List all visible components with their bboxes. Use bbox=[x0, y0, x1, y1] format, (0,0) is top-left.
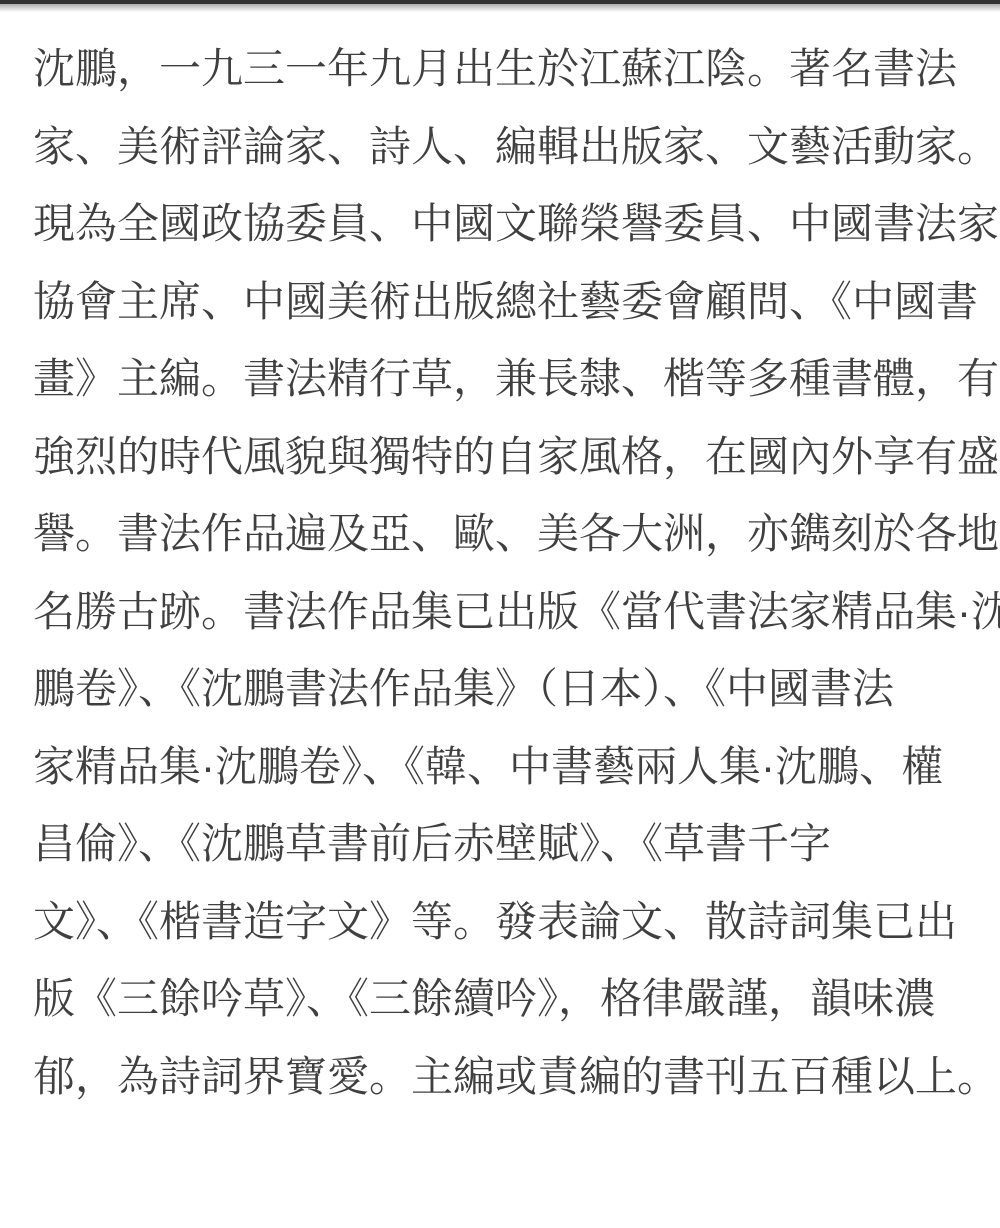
top-bar-shadow bbox=[0, 4, 1000, 12]
text-line: 沈鵬，一九三一年九月出生於江蘇江陰。著名書法 bbox=[33, 30, 972, 108]
text-line: 名勝古跡。書法作品集已出版《當代書法家精品集·沈 bbox=[33, 573, 972, 651]
text-line: 版《三餘吟草》、《三餘續吟》，格律嚴謹，韻味濃 bbox=[33, 960, 972, 1038]
text-line: 現為全國政協委員、中國文聯榮譽委員、中國書法家 bbox=[33, 185, 972, 263]
text-line: 郁，為詩詞界寶愛。主編或責編的書刊五百種以上。 bbox=[33, 1038, 972, 1116]
text-line: 協會主席、中國美術出版總社藝委會顧問、《中國書 bbox=[33, 263, 972, 341]
reader-page: 沈鵬，一九三一年九月出生於江蘇江陰。著名書法 家、美術評論家、詩人、編輯出版家、… bbox=[0, 0, 1000, 1228]
text-line: 鵬卷》、《沈鵬書法作品集》（日本）、《中國書法 bbox=[33, 650, 972, 728]
article-text: 沈鵬，一九三一年九月出生於江蘇江陰。著名書法 家、美術評論家、詩人、編輯出版家、… bbox=[33, 30, 972, 1115]
text-line: 文》、《楷書造字文》等。發表論文、散詩詞集已出 bbox=[33, 883, 972, 961]
text-line: 譽。書法作品遍及亞、歐、美各大洲，亦鐫刻於各地 bbox=[33, 495, 972, 573]
text-line: 強烈的時代風貌與獨特的自家風格，在國內外享有盛 bbox=[33, 418, 972, 496]
text-line: 昌倫》、《沈鵬草書前后赤壁賦》、《草書千字 bbox=[33, 805, 972, 883]
text-line: 家、美術評論家、詩人、編輯出版家、文藝活動家。 bbox=[33, 108, 972, 186]
text-line: 家精品集·沈鵬卷》、《韓、中書藝兩人集·沈鵬、權 bbox=[33, 728, 972, 806]
text-line: 畫》主編。書法精行草，兼長隸、楷等多種書體，有 bbox=[33, 340, 972, 418]
